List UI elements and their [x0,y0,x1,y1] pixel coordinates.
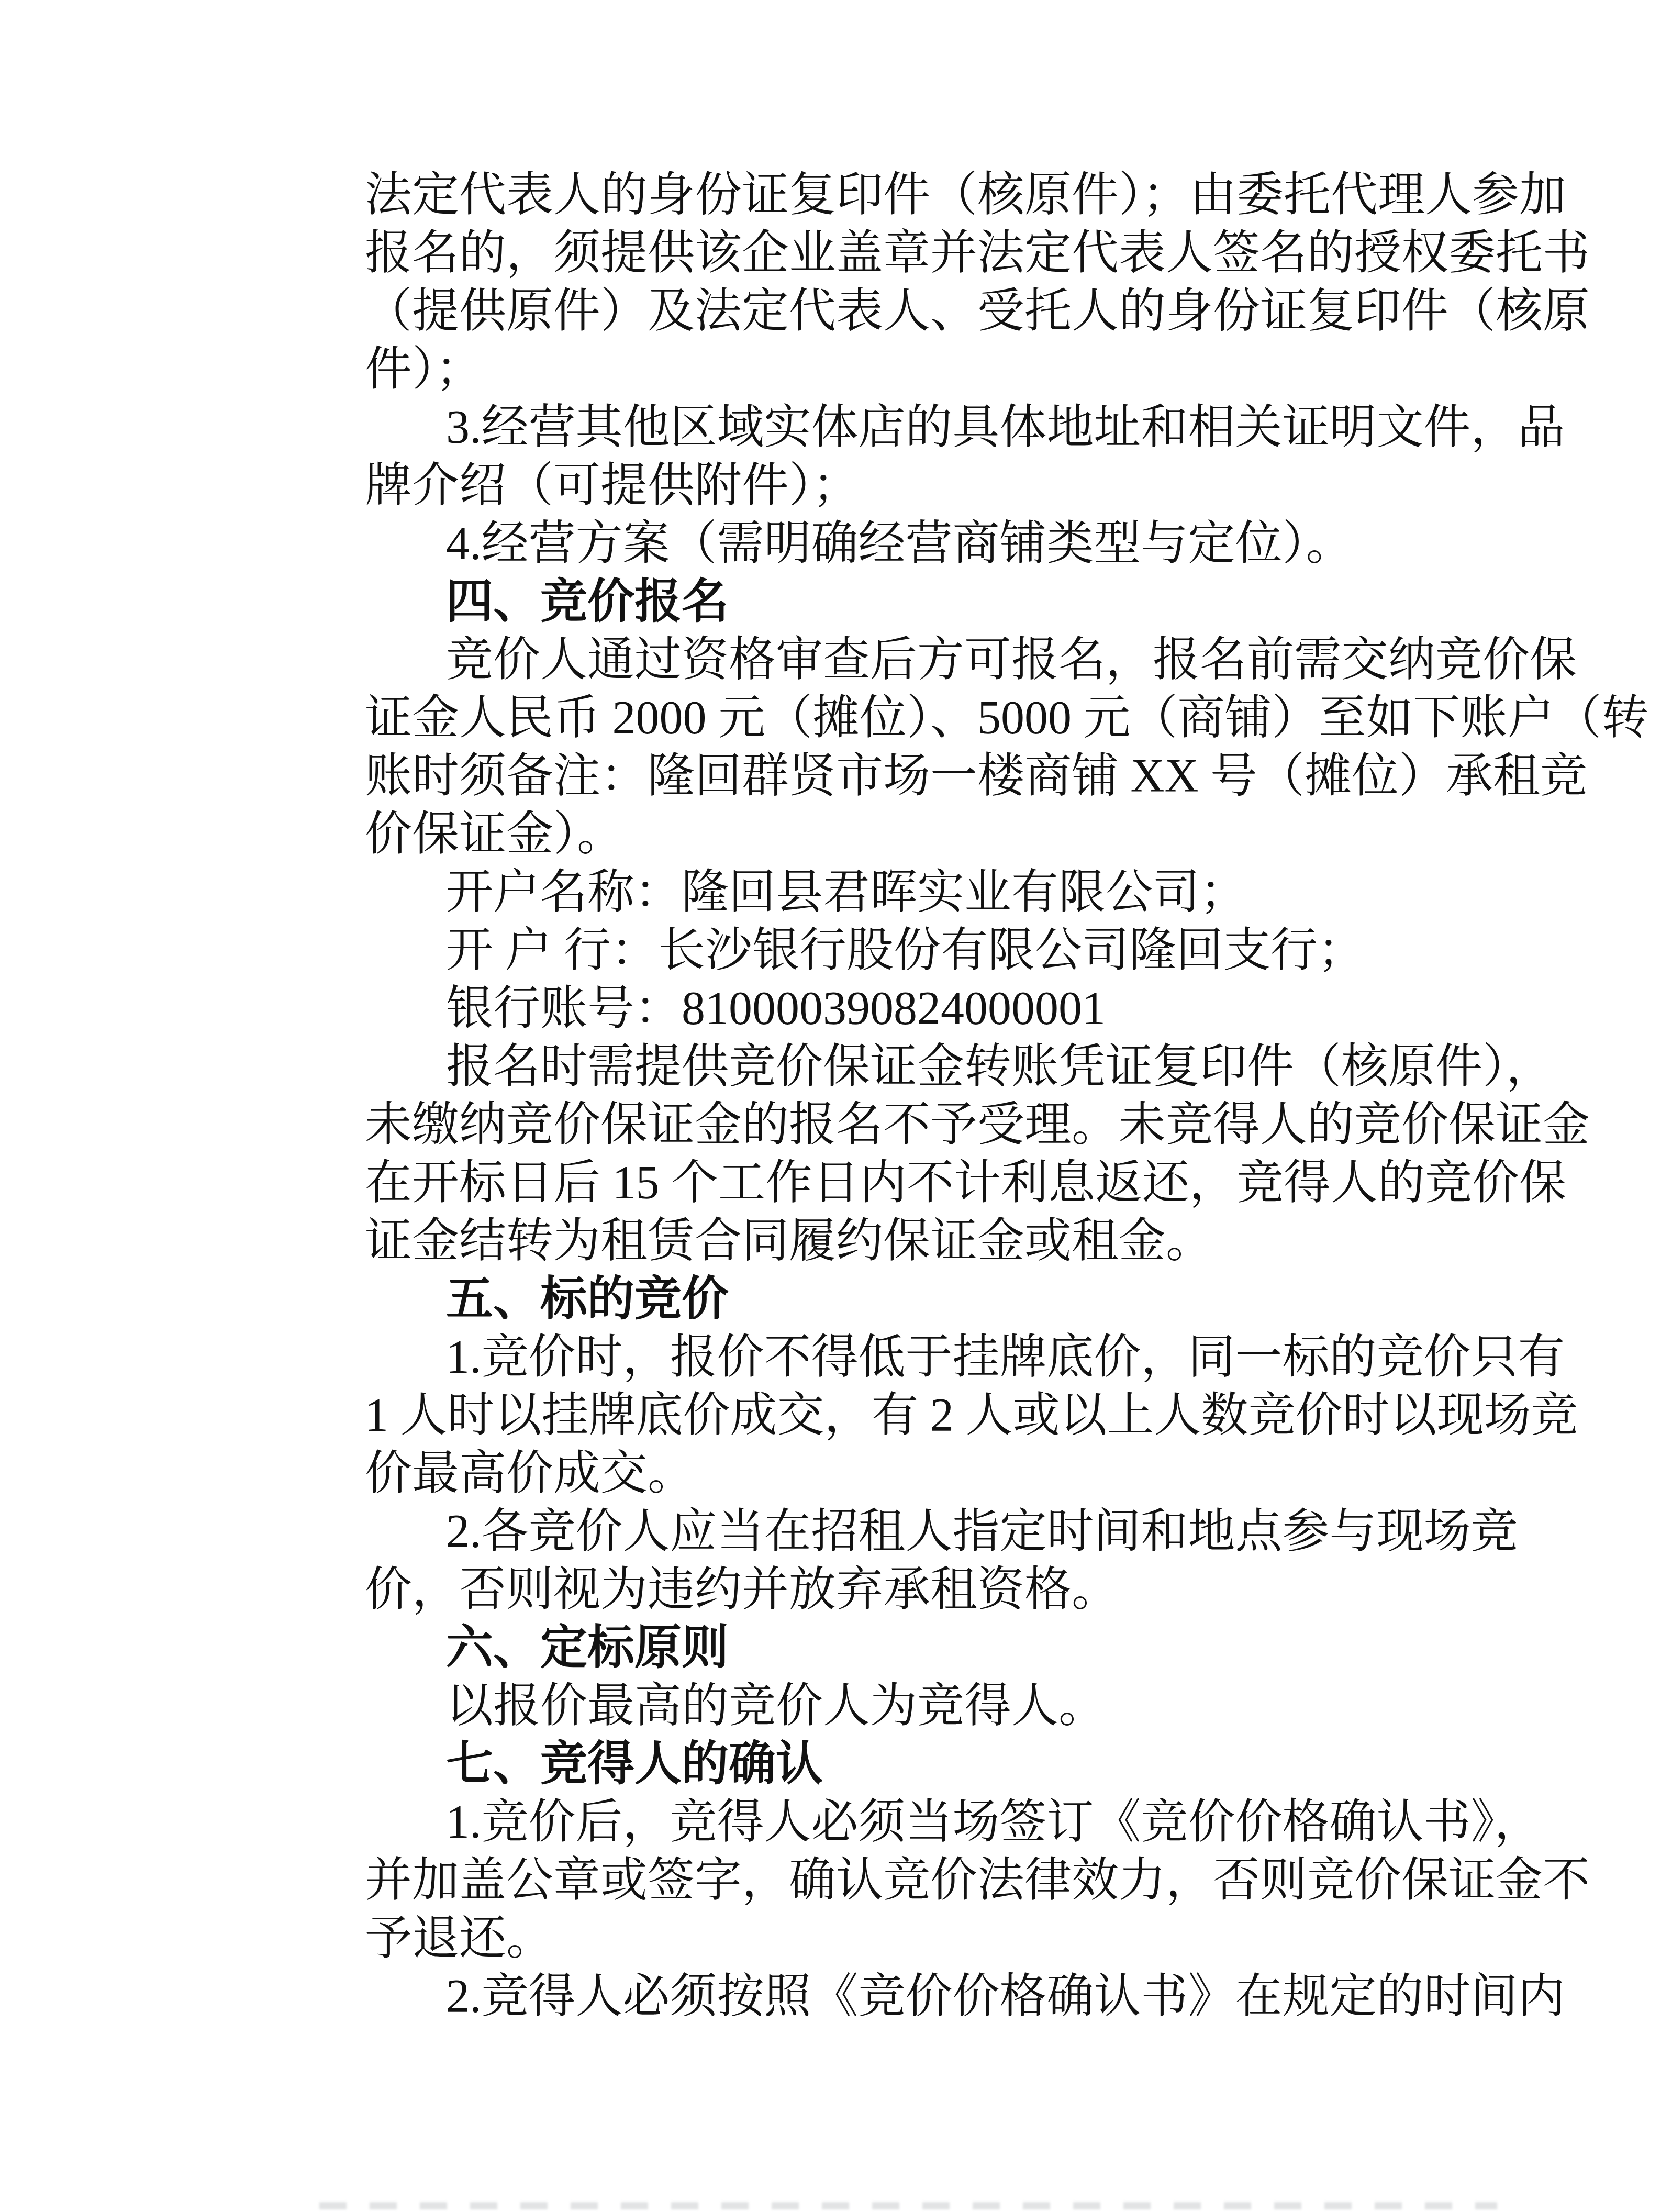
list-item: 4.经营方案（需明确经营商铺类型与定位）。 [365,515,1548,573]
text-line: 报名的，须提供该企业盖章并法定代表人签名的授权委托书 [365,224,1548,282]
list-item: 1.竞价后，竞得人必须当场签订《竞价价格确认书》， [365,1793,1548,1851]
text-line: 证金人民币 2000 元（摊位）、5000 元（商铺）至如下账户（转 [365,689,1548,747]
list-item: 3.经营其他区域实体店的具体地址和相关证明文件，品 [365,398,1548,457]
text-line: 并加盖公章或签字，确认竞价法律效力，否则竞价保证金不 [365,1851,1548,1909]
list-item: 2.各竞价人应当在招租人指定时间和地点参与现场竞 [365,1503,1548,1561]
text-line: 件）； [365,340,1548,398]
text-line: 报名时需提供竞价保证金转账凭证复印件（核原件）， [365,1038,1548,1096]
text-line: 竞价人通过资格审查后方可报名，报名前需交纳竞价保 [365,631,1548,689]
text-line: 以报价最高的竞价人为竞得人。 [365,1677,1548,1735]
text-line: （提供原件）及法定代表人、受托人的身份证复印件（核原 [365,282,1548,340]
text-line: 在开标日后 15 个工作日内不计利息返还，竞得人的竞价保 [365,1154,1548,1212]
list-item: 1.竞价时，报价不得低于挂牌底价，同一标的竞价只有 [365,1328,1548,1386]
section-heading: 五、标的竞价 [365,1270,1548,1328]
clipped-next-line-artifact [319,2202,1497,2209]
text-line: 予退还。 [365,1909,1548,1968]
section-heading: 六、定标原则 [365,1619,1548,1677]
text-line: 账时须备注：隆回群贤市场一楼商铺 XX 号（摊位）承租竞 [365,747,1548,805]
account-number-line: 银行账号：810000390824000001 [365,980,1548,1038]
text-line: 牌介绍（可提供附件）； [365,457,1548,515]
text-line: 1 人时以挂牌底价成交，有 2 人或以上人数竞价时以现场竞 [365,1386,1548,1444]
text-line: 价保证金）。 [365,805,1548,863]
bank-branch-line: 开 户 行：长沙银行股份有限公司隆回支行； [365,921,1548,980]
text-line: 证金结转为租赁合同履约保证金或租金。 [365,1212,1548,1270]
list-item: 2.竞得人必须按照《竞价价格确认书》在规定的时间内 [365,1968,1548,2026]
account-name-line: 开户名称：隆回县君晖实业有限公司； [365,863,1548,921]
section-heading: 四、竞价报名 [365,573,1548,631]
section-heading: 七、竞得人的确认 [365,1735,1548,1793]
document-body: 法定代表人的身份证复印件（核原件）；由委托代理人参加 报名的，须提供该企业盖章并… [365,166,1548,2026]
text-line: 未缴纳竞价保证金的报名不予受理。未竞得人的竞价保证金 [365,1096,1548,1154]
document-page: 法定代表人的身份证复印件（核原件）；由委托代理人参加 报名的，须提供该企业盖章并… [0,0,1661,2212]
text-line: 价，否则视为违约并放弃承租资格。 [365,1561,1548,1619]
text-line: 价最高价成交。 [365,1444,1548,1503]
text-line: 法定代表人的身份证复印件（核原件）；由委托代理人参加 [365,166,1548,224]
